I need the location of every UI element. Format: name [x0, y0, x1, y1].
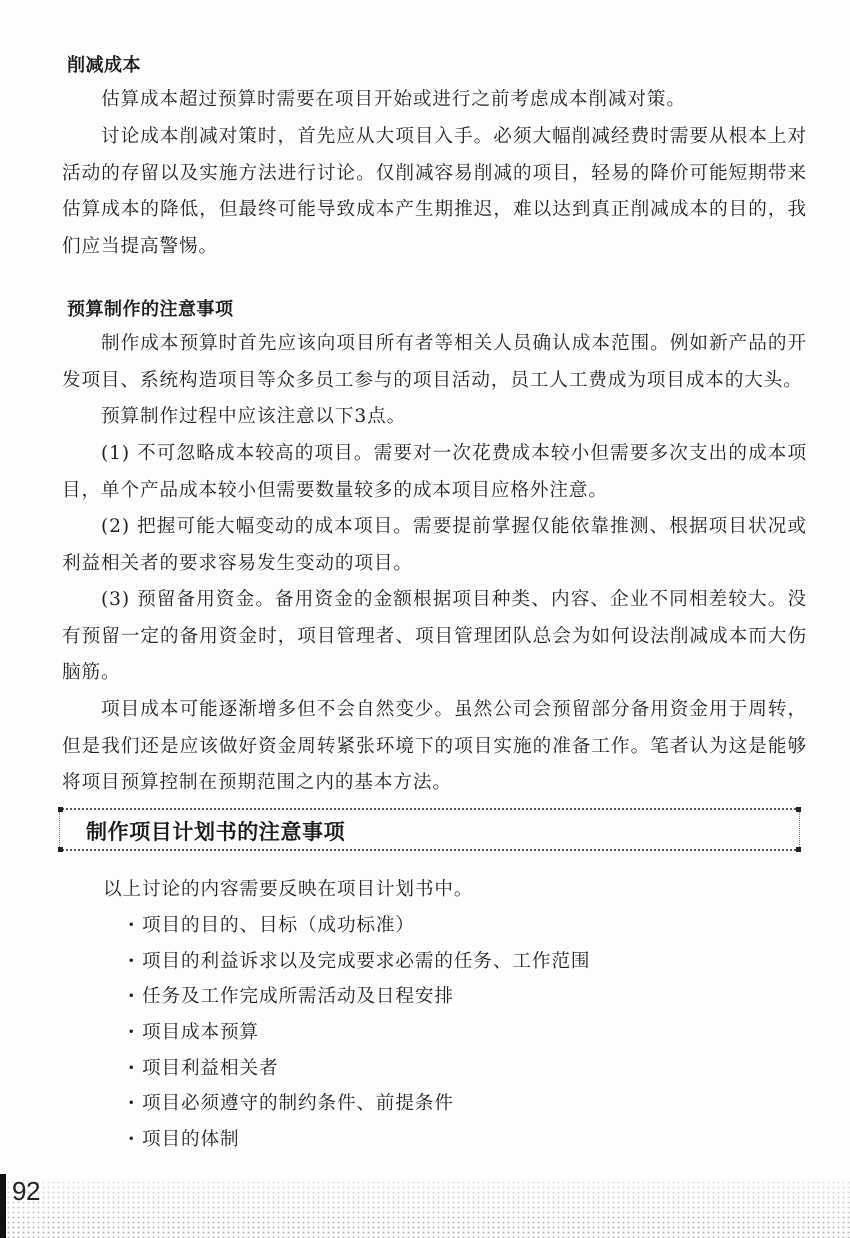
- footer-edge-bar: [0, 1174, 6, 1238]
- list-item: ·项目必须遵守的制约条件、前提条件: [128, 1086, 590, 1122]
- bullet-icon: ·: [128, 908, 142, 944]
- bullet-icon: ·: [128, 1086, 142, 1122]
- corner-mark: [58, 807, 63, 812]
- subheading-budget-notes: 预算制作的注意事项: [67, 295, 234, 321]
- plan-contents-list: ·项目的目的、目标（成功标准） ·项目的利益诉求以及完成要求必需的任务、工作范围…: [128, 908, 590, 1158]
- paragraph: 估算成本超过预算时需要在项目开始或进行之前考虑成本削减对策。: [62, 82, 807, 119]
- bullet-icon: ·: [128, 944, 142, 980]
- list-item: ·项目利益相关者: [128, 1051, 590, 1087]
- list-item: ·项目的目的、目标（成功标准）: [128, 908, 590, 944]
- bullet-icon: ·: [128, 1051, 142, 1087]
- bullet-icon: ·: [128, 979, 142, 1015]
- list-item: ·项目的体制: [128, 1122, 590, 1158]
- bullet-icon: ·: [128, 1122, 142, 1158]
- list-item: ·任务及工作完成所需活动及日程安排: [128, 979, 590, 1015]
- bullet-icon: ·: [128, 1015, 142, 1051]
- list-item: ·项目的利益诉求以及完成要求必需的任务、工作范围: [128, 944, 590, 980]
- footer-halftone-pattern: [6, 1180, 850, 1238]
- section-title: 制作项目计划书的注意事项: [86, 816, 345, 846]
- corner-mark: [796, 807, 801, 812]
- section-heading-box: 制作项目计划书的注意事项: [59, 808, 800, 851]
- subheading-cost-reduction: 削减成本: [67, 51, 141, 77]
- corner-mark: [58, 847, 63, 852]
- paragraph: 制作成本预算时首先应该向项目所有者等相关人员确认成本范围。例如新产品的开发项目、…: [62, 326, 807, 399]
- paragraph: 讨论成本削减对策时，首先应从大项目入手。必须大幅削减经费时需要从根本上对活动的存…: [62, 119, 807, 265]
- intro-text: 以上讨论的内容需要反映在项目计划书中。: [103, 875, 473, 901]
- paragraph-point-1: (1) 不可忽略成本较高的项目。需要对一次花费成本较小但需要多次支出的成本项目，…: [62, 436, 807, 509]
- list-item: ·项目成本预算: [128, 1015, 590, 1051]
- paragraph-point-2: (2) 把握可能大幅变动的成本项目。需要提前掌握仅能依靠推测、根据项目状况或利益…: [62, 509, 807, 582]
- paragraph: 项目成本可能逐渐增多但不会自然变少。虽然公司会预留部分备用资金用于周转，但是我们…: [62, 692, 807, 802]
- book-page: 削减成本 估算成本超过预算时需要在项目开始或进行之前考虑成本削减对策。 讨论成本…: [0, 0, 850, 1238]
- page-number: 92: [12, 1176, 40, 1207]
- corner-mark: [796, 847, 801, 852]
- paragraph-point-3: (3) 预留备用资金。备用资金的金额根据项目种类、内容、企业不同相差较大。没有预…: [62, 582, 807, 692]
- paragraph: 预算制作过程中应该注意以下3点。: [62, 399, 807, 436]
